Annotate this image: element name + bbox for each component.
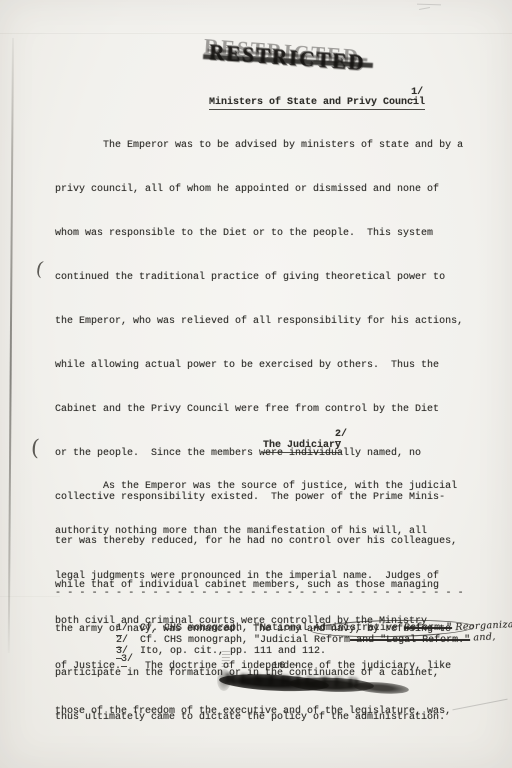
text-line: while allowing actual power to be exerci… — [55, 359, 463, 381]
paragraph-judiciary: As the Emperor was the source of justice… — [55, 458, 457, 750]
heading-text: Ministers of State and Privy Council — [209, 97, 425, 110]
scan-edge-line — [8, 38, 14, 653]
footnote-separator-dashes: - - - - - - - - - - - - - - - - - - - - … — [55, 588, 464, 599]
handwritten-margin-mark: ( — [30, 436, 40, 462]
section-heading-ministers: Ministers of State and Privy Council1/ — [185, 86, 423, 119]
heading-text: The Judiciary — [263, 440, 341, 453]
footnote-number: 1/ — [116, 623, 140, 634]
footnote-ref-2: 2/ — [335, 429, 347, 440]
footnote-number: 2/ — [116, 635, 140, 646]
paper-crease — [0, 596, 60, 597]
text-line: As the Emperor was the source of justice… — [55, 480, 457, 503]
ink-smear — [354, 681, 410, 696]
pencil-mark — [419, 7, 430, 10]
stamp-ink-speckle — [221, 651, 230, 669]
text-line: Cabinet and the Privy Council were free … — [55, 403, 463, 425]
restricted-stamp-top: RESTRICTED — [208, 40, 380, 88]
handwritten-margin-mark: ( — [34, 258, 45, 281]
handwritten-correction: and, — [470, 631, 496, 643]
scanned-document-page: ( ( RESTRICTED Ministers of State and Pr… — [0, 0, 512, 768]
text-line: continued the traditional practice of gi… — [55, 271, 463, 293]
text-line: those of the freedom of the executive an… — [55, 705, 457, 728]
footnote-ref-1: 1/ — [411, 87, 423, 98]
text-line: whom was responsible to the Diet or to t… — [55, 227, 463, 249]
text-line: privy council, all of whom he appointed … — [55, 183, 463, 205]
pencil-mark — [417, 4, 441, 6]
text-line: The Emperor was to be advised by ministe… — [55, 139, 463, 161]
footnote-number: 3/ — [116, 646, 140, 657]
text-line: authority nothing more than the manifest… — [55, 525, 457, 548]
paper-crease — [0, 33, 512, 34]
text-line: the Emperor, who was relieved of all res… — [55, 315, 463, 337]
